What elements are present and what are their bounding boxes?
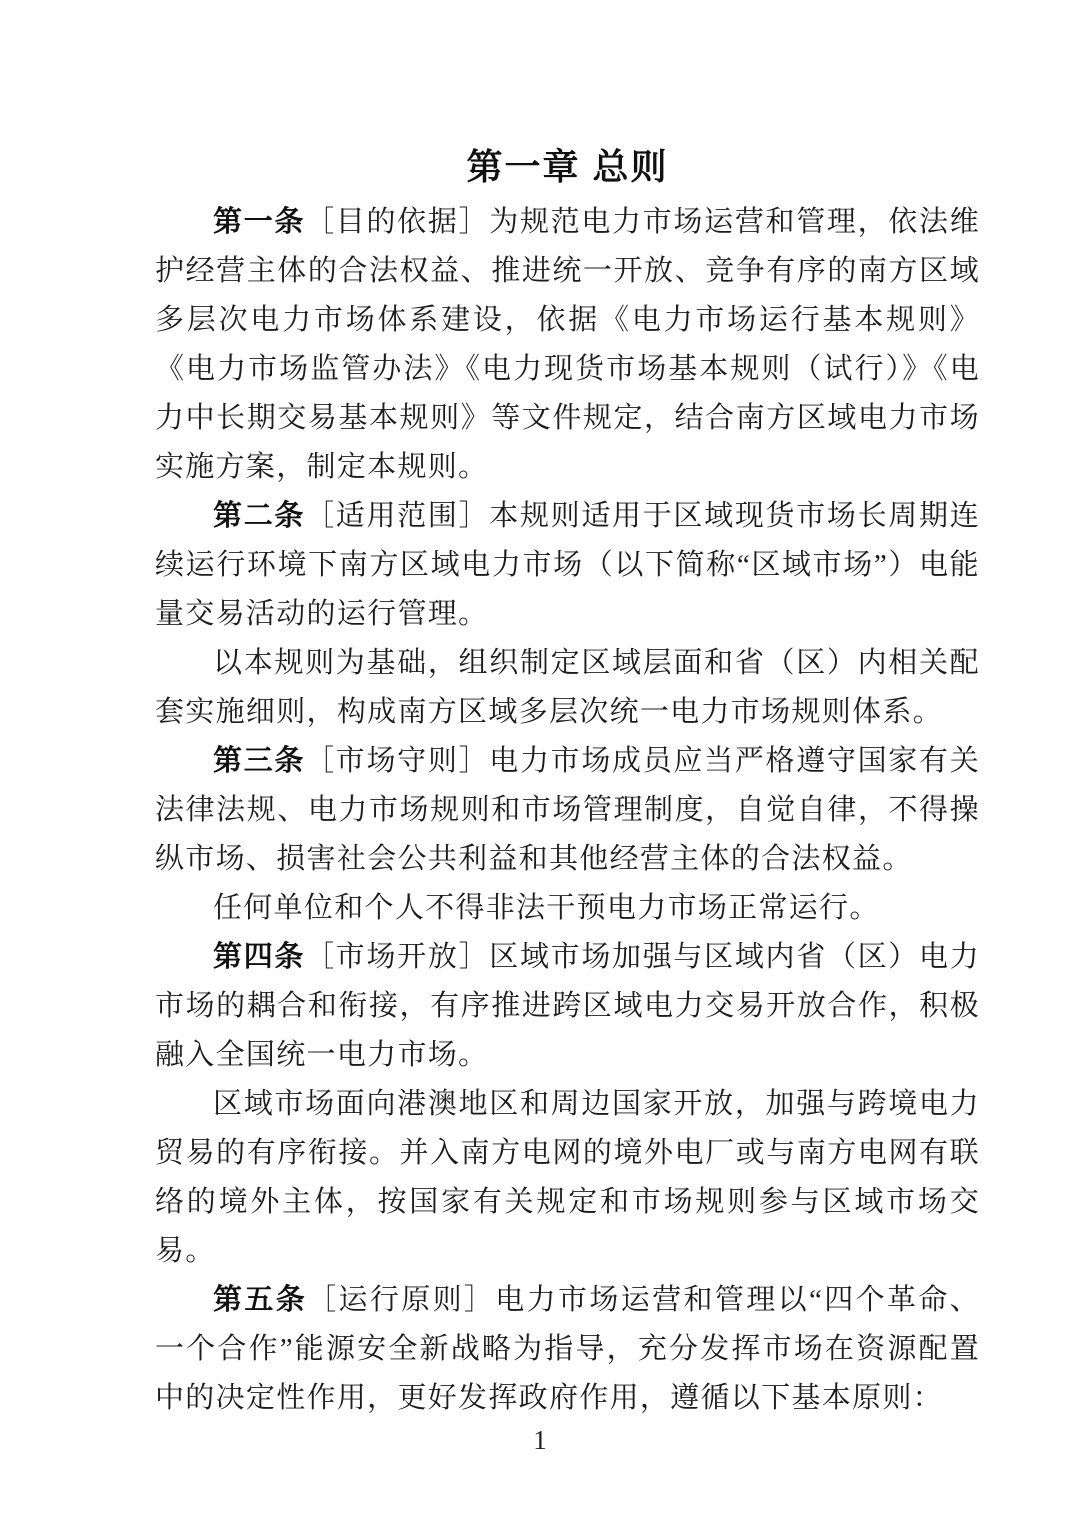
page-number: 1 (0, 1424, 1080, 1456)
article-number: 第四条 (213, 941, 305, 973)
article-number: 第二条 (213, 500, 305, 532)
document-content: 第一章 总则 第一条［目的依据］为规范电力市场运营和管理，依法维护经营主体的合法… (155, 146, 980, 1423)
paragraph-article-2-cont: 以本规则为基础，组织制定区域层面和省（区）内相关配套实施细则，构成南方区域多层次… (155, 639, 980, 737)
paragraph-article-3: 第三条［市场守则］电力市场成员应当严格遵守国家有关法律法规、电力市场规则和市场管… (155, 737, 980, 884)
paragraph-article-4-cont: 区域市场面向港澳地区和周边国家开放，加强与跨境电力贸易的有序衔接。并入南方电网的… (155, 1080, 980, 1276)
article-number: 第三条 (213, 745, 305, 777)
paragraph-text: 任何单位和个人不得非法干预电力市场正常运行。 (213, 892, 880, 924)
paragraph-article-5: 第五条［运行原则］电力市场运营和管理以“四个革命、一个合作”能源安全新战略为指导… (155, 1276, 980, 1423)
paragraph-article-2: 第二条［适用范围］本规则适用于区域现货市场长周期连续运行环境下南方区域电力市场（… (155, 492, 980, 639)
document-page: 第一章 总则 第一条［目的依据］为规范电力市场运营和管理，依法维护经营主体的合法… (0, 0, 1080, 1527)
paragraph-text: ［目的依据］为规范电力市场运营和管理，依法维护经营主体的合法权益、推进统一开放、… (155, 206, 980, 483)
paragraph-text: 区域市场面向港澳地区和周边国家开放，加强与跨境电力贸易的有序衔接。并入南方电网的… (155, 1088, 980, 1267)
article-number: 第五条 (213, 1284, 307, 1316)
paragraph-article-4: 第四条［市场开放］区域市场加强与区域内省（区）电力市场的耦合和衔接，有序推进跨区… (155, 933, 980, 1080)
paragraph-article-3-cont: 任何单位和个人不得非法干预电力市场正常运行。 (155, 884, 980, 933)
article-number: 第一条 (213, 206, 305, 238)
paragraph-text: 以本规则为基础，组织制定区域层面和省（区）内相关配套实施细则，构成南方区域多层次… (155, 647, 980, 728)
paragraph-article-1: 第一条［目的依据］为规范电力市场运营和管理，依法维护经营主体的合法权益、推进统一… (155, 198, 980, 492)
chapter-title: 第一章 总则 (155, 146, 980, 188)
